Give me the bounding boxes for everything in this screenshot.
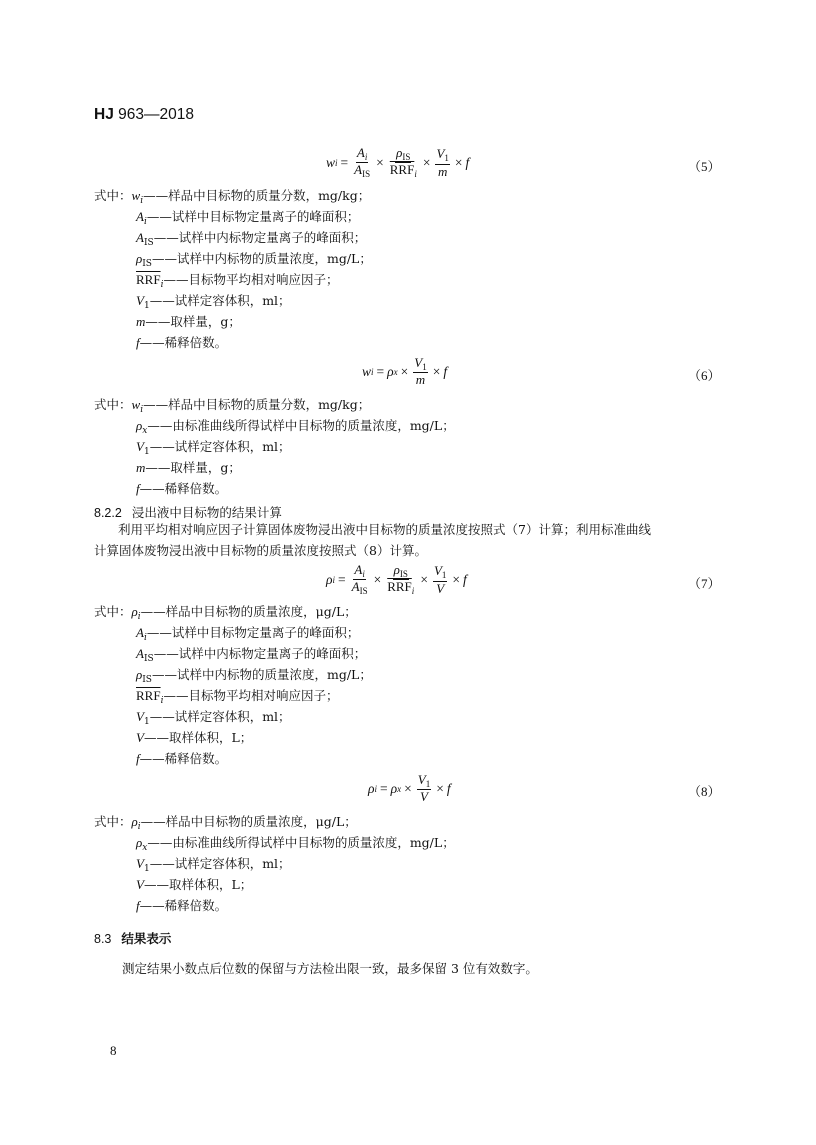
legend-intro-label: 式中：	[94, 188, 132, 203]
equation-number-5: （5）	[688, 156, 721, 175]
legend-symbol-subscript: IS	[142, 675, 152, 685]
legend-description: 试样中内标物的质量浓度，mg/L；	[177, 667, 372, 682]
section-8-2-2-para-line2: 计算固体废物浸出液中目标物的质量浓度按照式（8）计算。	[94, 540, 427, 561]
legend-symbol: A	[136, 646, 144, 661]
legend-intro-label: 式中：	[94, 814, 132, 829]
legend-description: 稀释倍数。	[165, 898, 228, 913]
page-number: 8	[110, 1043, 117, 1059]
legend-dash: ——	[143, 397, 168, 412]
legend-dash: ——	[152, 667, 177, 682]
legend-description: 试样定容体积，ml；	[175, 293, 291, 308]
legend-description: 目标物平均相对响应因子；	[188, 272, 338, 287]
legend-item: V1——试样定容体积，ml；	[136, 293, 291, 314]
legend-item: Ai——试样中目标物定量离子的峰面积；	[136, 209, 359, 230]
legend-dash: ——	[150, 856, 175, 871]
legend-dash: ——	[141, 814, 166, 829]
legend-item: f——稀释倍数。	[136, 481, 227, 497]
legend-description: 样品中目标物的质量浓度，μg/L；	[166, 814, 357, 829]
equation-5: wi= AiAIS × ρISRRFi × V1m ×f	[326, 146, 469, 180]
legend-symbol: V	[136, 439, 144, 454]
legend-dash: ——	[147, 209, 172, 224]
legend-dash: ——	[150, 439, 175, 454]
legend-dash: ——	[145, 314, 170, 329]
legend-item: V——取样体积，L；	[136, 877, 252, 893]
legend-item: ρIS——试样中内标物的质量浓度，mg/L；	[136, 667, 372, 688]
legend-dash: ——	[140, 481, 165, 496]
legend-symbol: V	[136, 730, 144, 745]
legend-description: 取样量，g；	[170, 460, 241, 475]
legend-description: 试样定容体积，ml；	[175, 856, 291, 871]
legend-dash: ——	[150, 709, 175, 724]
equation-number-8: （8）	[688, 781, 721, 800]
legend-description: 试样定容体积，ml；	[175, 709, 291, 724]
legend-item: 式中：ρi——样品中目标物的质量浓度，μg/L；	[94, 604, 357, 625]
legend-description: 取样体积，L；	[169, 730, 252, 745]
legend-symbol: V	[136, 877, 144, 892]
legend-dash: ——	[147, 625, 172, 640]
section-title: 浸出液中目标物的结果计算	[132, 506, 282, 520]
legend-description: 试样定容体积，ml；	[175, 439, 291, 454]
legend-symbol: V	[136, 709, 144, 724]
equation-6: wi=ρx× V1m ×f	[362, 356, 447, 387]
legend-symbol: m	[136, 314, 145, 329]
legend-item: RRFi——目标物平均相对响应因子；	[136, 272, 338, 293]
legend-description: 试样中内标物的质量浓度，mg/L；	[177, 251, 372, 266]
legend-item: f——稀释倍数。	[136, 751, 227, 767]
legend-dash: ——	[150, 293, 175, 308]
legend-dash: ——	[163, 272, 188, 287]
legend-description: 样品中目标物的质量分数，mg/kg；	[168, 188, 370, 203]
legend-description: 稀释倍数。	[165, 335, 228, 350]
legend-symbol-subscript: IS	[144, 654, 154, 664]
legend-item: V1——试样定容体积，ml；	[136, 709, 291, 730]
legend-description: 稀释倍数。	[165, 481, 228, 496]
section-8-3-para: 测定结果小数点后位数的保留与方法检出限一致，最多保留 3 位有效数字。	[122, 958, 538, 979]
section-title: 结果表示	[121, 932, 171, 946]
legend-symbol: A	[136, 625, 144, 640]
equation-number-7: （7）	[688, 573, 721, 592]
legend-dash: ——	[140, 898, 165, 913]
legend-description: 试样中内标物定量离子的峰面积；	[179, 230, 367, 245]
legend-item: f——稀释倍数。	[136, 898, 227, 914]
legend-dash: ——	[144, 877, 169, 892]
legend-item: m——取样量，g；	[136, 314, 241, 330]
legend-symbol: A	[136, 209, 144, 224]
legend-description: 稀释倍数。	[165, 751, 228, 766]
legend-description: 取样量，g；	[170, 314, 241, 329]
legend-symbol: A	[136, 230, 144, 245]
legend-description: 目标物平均相对响应因子；	[188, 688, 338, 703]
legend-item: 式中：wi——样品中目标物的质量分数，mg/kg；	[94, 397, 370, 418]
legend-item: 式中：wi——样品中目标物的质量分数，mg/kg；	[94, 188, 370, 209]
legend-description: 试样中目标物定量离子的峰面积；	[172, 625, 360, 640]
legend-item: V1——试样定容体积，ml；	[136, 856, 291, 877]
legend-description: 取样体积，L；	[169, 877, 252, 892]
legend-item: ρx——由标准曲线所得试样中目标物的质量浓度，mg/L；	[136, 418, 455, 439]
legend-symbol: w	[132, 188, 141, 203]
legend-dash: ——	[163, 688, 188, 703]
legend-dash: ——	[140, 335, 165, 350]
legend-dash: ——	[144, 730, 169, 745]
legend-item: AIS——试样中内标物定量离子的峰面积；	[136, 230, 366, 251]
legend-item: f——稀释倍数。	[136, 335, 227, 351]
standard-prefix: HJ	[94, 106, 114, 123]
equation-8: ρi=ρx× V1V ×f	[368, 773, 451, 804]
legend-symbol: w	[132, 397, 141, 412]
legend-symbol: V	[136, 856, 144, 871]
legend-description: 由标准曲线所得试样中目标物的质量浓度，mg/L；	[172, 418, 454, 433]
legend-symbol: RRF	[136, 688, 161, 703]
legend-symbol-subscript: IS	[144, 238, 154, 248]
equation-7: ρi= AiAIS × ρISRRFi × V1V ×f	[326, 563, 467, 597]
legend-description: 样品中目标物的质量分数，mg/kg；	[168, 397, 370, 412]
legend-symbol: m	[136, 460, 145, 475]
legend-item: ρx——由标准曲线所得试样中目标物的质量浓度，mg/L；	[136, 835, 455, 856]
legend-dash: ——	[154, 230, 179, 245]
standard-number: 963—2018	[118, 106, 194, 123]
legend-item: RRFi——目标物平均相对响应因子；	[136, 688, 338, 709]
legend-item: 式中：ρi——样品中目标物的质量浓度，μg/L；	[94, 814, 357, 835]
legend-dash: ——	[140, 751, 165, 766]
legend-description: 样品中目标物的质量浓度，μg/L；	[166, 604, 357, 619]
legend-description: 由标准曲线所得试样中目标物的质量浓度，mg/L；	[172, 835, 454, 850]
legend-intro-label: 式中：	[94, 604, 132, 619]
legend-dash: ——	[147, 418, 172, 433]
legend-dash: ——	[147, 835, 172, 850]
section-number: 8.3	[94, 932, 111, 946]
section-number: 8.2.2	[94, 506, 122, 520]
document-header: HJ 963—2018	[94, 106, 194, 124]
legend-symbol: RRF	[136, 272, 161, 287]
legend-dash: ——	[143, 188, 168, 203]
legend-description: 试样中目标物定量离子的峰面积；	[172, 209, 360, 224]
legend-symbol: V	[136, 293, 144, 308]
legend-item: m——取样量，g；	[136, 460, 241, 476]
legend-dash: ——	[152, 251, 177, 266]
legend-description: 试样中内标物定量离子的峰面积；	[179, 646, 367, 661]
legend-dash: ——	[154, 646, 179, 661]
equation-number-6: （6）	[688, 365, 721, 384]
legend-intro-label: 式中：	[94, 397, 132, 412]
legend-item: V——取样体积，L；	[136, 730, 252, 746]
legend-dash: ——	[145, 460, 170, 475]
legend-dash: ——	[141, 604, 166, 619]
legend-symbol-subscript: IS	[142, 259, 152, 269]
legend-item: Ai——试样中目标物定量离子的峰面积；	[136, 625, 359, 646]
legend-item: AIS——试样中内标物定量离子的峰面积；	[136, 646, 366, 667]
section-8-2-2-para-line1: 利用平均相对响应因子计算固体废物浸出液中目标物的质量浓度按照式（7）计算；利用标…	[118, 519, 651, 540]
legend-item: ρIS——试样中内标物的质量浓度，mg/L；	[136, 251, 372, 272]
section-8-3-heading: 8.3结果表示	[94, 929, 171, 947]
legend-item: V1——试样定容体积，ml；	[136, 439, 291, 460]
